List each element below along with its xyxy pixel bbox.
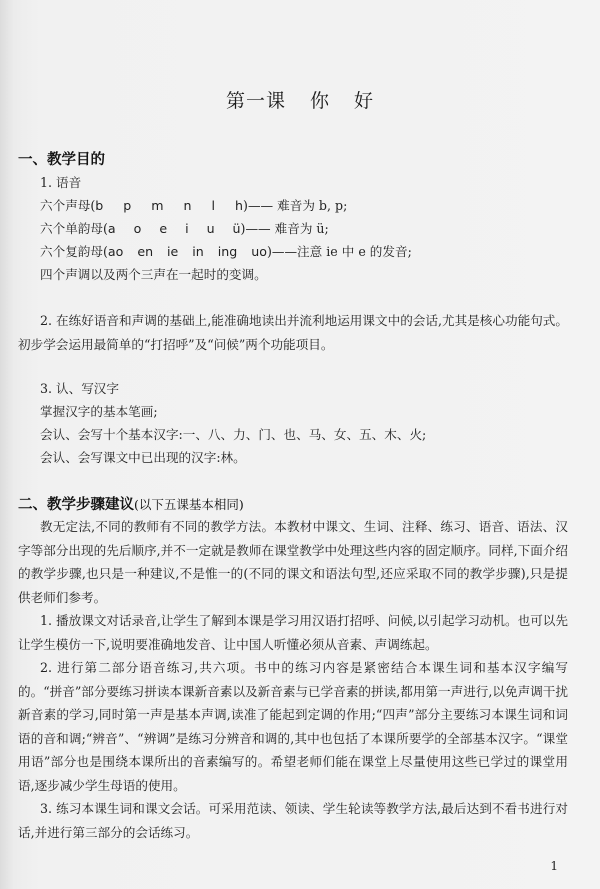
compound-note: )——注意 ie 中 e 的发音; [267,244,412,259]
compound-label: 六个复韵母( [40,244,108,259]
finals-label: 六个单韵母( [40,221,108,236]
lesson-title-char-2: 好 [354,90,374,112]
steps-intro-paragraph: 教无定法,不同的教师有不同的教学方法。本教材中课文、生词、注释、练习、语音、语法… [18,515,568,609]
step-1-paragraph: 1. 播放课文对话录音,让学生了解到本课是学习用汉语打招呼、问候,以引起学习动机… [18,609,568,656]
tones-line: 四个声调以及两个三声在一起时的变调。 [40,264,267,283]
compound-pinyin: ao en ie in ing uo [108,244,267,259]
step-3-paragraph: 3. 练习本课生词和课文会话。可采用范读、领读、学生轮读等教学方法,最后达到不看… [18,797,568,844]
simple-finals-line: 六个单韵母(a o e i u ü)—— 难音为 ü; [40,218,329,237]
objective-2-paragraph: 2. 在练好语音和声调的基础上,能准确地读出并流利地运用课文中的会话,尤其是核心… [18,309,568,356]
lesson-title-char-1: 你 [310,90,330,112]
steps-heading-note: (以下五课基本相同) [134,497,244,512]
lesson-number: 第一课 [226,90,286,112]
initials-pinyin: b p m n l h [95,198,243,213]
initials-line: 六个声母(b p m n l h)—— 难音为 b, p; [40,195,347,214]
compound-finals-line: 六个复韵母(ao en ie in ing uo)——注意 ie 中 e 的发音… [40,241,412,260]
text-chars-line: 会认、会写课文中已出现的汉字:林。 [40,447,246,466]
document-page: 第一课你好 一、教学目的 1. 语音 六个声母(b p m n l h)—— 难… [0,0,600,889]
basic-chars-line: 会认、会写十个基本汉字:一、八、力、门、也、马、女、五、木、火; [40,424,426,443]
step-2-paragraph: 2. 进行第二部分语音练习,共六项。书中的练习内容是紧密结合本课生词和基本汉字编… [18,656,568,797]
objective-3-heading: 3. 认、写汉字 [40,378,119,397]
page-number: 1 [550,859,558,873]
initials-label: 六个声母( [40,198,95,213]
objective-1-heading: 1. 语音 [40,172,81,191]
finals-pinyin: a o e i u ü [108,221,241,236]
lesson-title: 第一课你好 [0,86,600,113]
section-heading-steps: 二、教学步骤建议(以下五课基本相同) [18,493,244,514]
strokes-line: 掌握汉字的基本笔画; [40,401,158,420]
section-heading-objectives: 一、教学目的 [18,148,105,169]
finals-note: )—— 难音为 ü; [241,221,329,236]
steps-heading-text: 二、教学步骤建议 [18,497,134,513]
initials-note: )—— 难音为 b, p; [243,198,347,213]
